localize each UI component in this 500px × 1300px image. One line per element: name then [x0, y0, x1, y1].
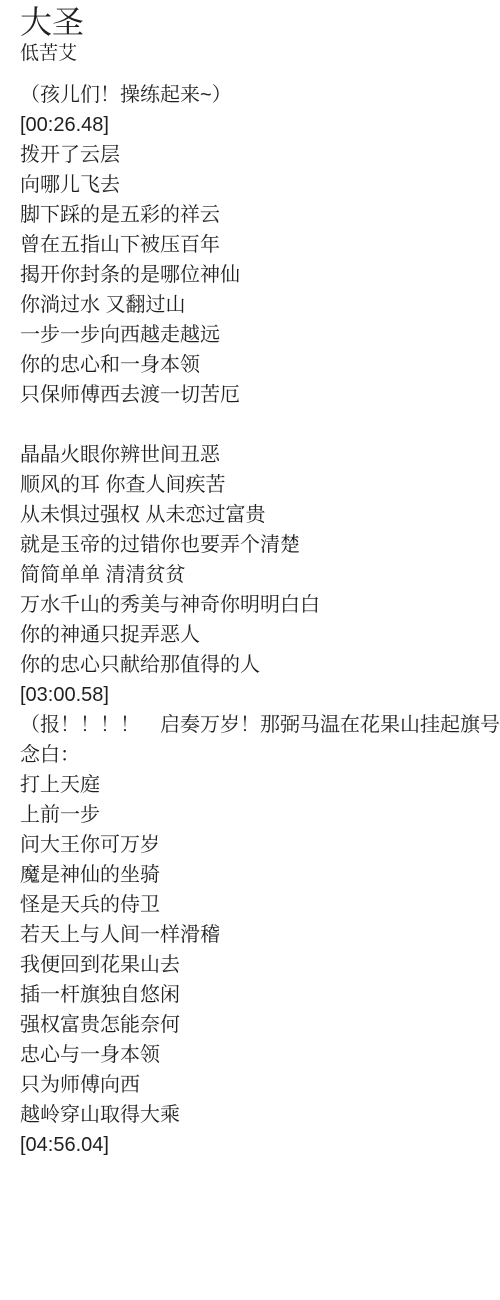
lyric-line: 我便回到花果山去 [20, 950, 500, 980]
lyric-line: 你淌过水 又翻过山 [20, 290, 500, 320]
lyric-line: 万水千山的秀美与神奇你明明白白 [20, 590, 500, 620]
lyric-line: [00:26.48] [20, 110, 500, 140]
lyric-line: 揭开你封条的是哪位神仙 [20, 260, 500, 290]
lyric-line [20, 410, 500, 440]
lyric-line: 只保师傅西去渡一切苦厄 [20, 380, 500, 410]
lyric-line: 顺风的耳 你查人间疾苦 [20, 470, 500, 500]
lyric-line: 只为师傅向西 [20, 1070, 500, 1100]
lyric-line: 念白： [20, 740, 500, 770]
lyric-line: （报！！！！ 启奏万岁！那弼马温在花果山挂起旗号 [20, 710, 500, 740]
lyric-line: 晶晶火眼你辨世间丑恶 [20, 440, 500, 470]
lyric-line: （孩儿们！操练起来~） [20, 80, 500, 110]
lyric-line: 问大王你可万岁 [20, 830, 500, 860]
artist-name: 低苦艾 [20, 42, 500, 66]
song-title: 大圣 [20, 2, 500, 42]
lyric-line: 强权富贵怎能奈何 [20, 1010, 500, 1040]
lyric-line: 怪是天兵的侍卫 [20, 890, 500, 920]
lyrics-page: 大圣 低苦艾 （孩儿们！操练起来~）[00:26.48]拨开了云层向哪儿飞去脚下… [0, 0, 500, 1160]
lyric-line: 忠心与一身本领 [20, 1040, 500, 1070]
lyric-line: 打上天庭 [20, 770, 500, 800]
lyric-line: 简简单单 清清贫贫 [20, 560, 500, 590]
lyric-line: 就是玉帝的过错你也要弄个清楚 [20, 530, 500, 560]
lyric-line: 你的神通只捉弄恶人 [20, 620, 500, 650]
lyric-line: 你的忠心和一身本领 [20, 350, 500, 380]
lyric-line: [03:00.58] [20, 680, 500, 710]
lyric-line: 拨开了云层 [20, 140, 500, 170]
lyric-line: 若天上与人间一样滑稽 [20, 920, 500, 950]
lyric-line: 插一杆旗独自悠闲 [20, 980, 500, 1010]
lyric-line: 一步一步向西越走越远 [20, 320, 500, 350]
lyric-line: 从未惧过强权 从未恋过富贵 [20, 500, 500, 530]
lyric-line: 你的忠心只献给那值得的人 [20, 650, 500, 680]
lyric-line: 越岭穿山取得大乘 [20, 1100, 500, 1130]
lyric-line: [04:56.04] [20, 1130, 500, 1160]
lyric-line: 曾在五指山下被压百年 [20, 230, 500, 260]
lyric-line: 向哪儿飞去 [20, 170, 500, 200]
lyric-line: 魔是神仙的坐骑 [20, 860, 500, 890]
lyrics-list: （孩儿们！操练起来~）[00:26.48]拨开了云层向哪儿飞去脚下踩的是五彩的祥… [20, 80, 500, 1160]
lyric-line: 上前一步 [20, 800, 500, 830]
lyric-line: 脚下踩的是五彩的祥云 [20, 200, 500, 230]
